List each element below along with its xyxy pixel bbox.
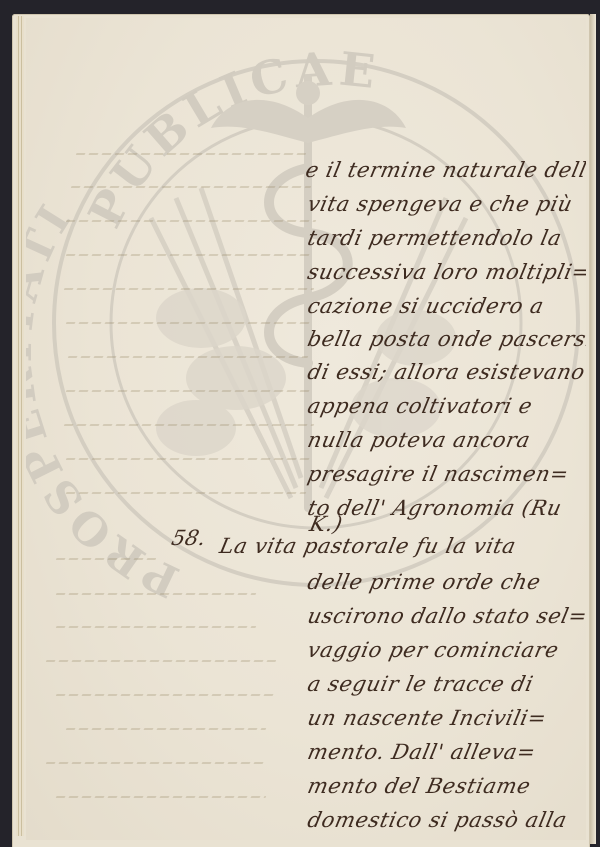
text-line: presagire il nascimen= <box>305 462 571 486</box>
text-line: to dell' Agronomia (Ru <box>305 496 564 520</box>
text-line: mento. Dall' alleva= <box>305 740 538 764</box>
text-line: e il termine naturale della <box>303 158 586 182</box>
manuscript-page: PUBLICAE PROSPERITATI <box>26 18 586 840</box>
text-line: K.) <box>307 512 344 536</box>
text-line: tardi permettendolo la <box>305 226 564 250</box>
text-line: vaggio per cominciare <box>305 638 561 662</box>
text-line: un nascente Incivili= <box>305 706 548 730</box>
text-line: delle prime orde che <box>305 570 543 594</box>
text-line: La vita pastorale fu la vita <box>217 534 518 558</box>
text-line: di essi; allora esistevano <box>305 360 586 384</box>
page-edges <box>16 16 24 836</box>
paragraph-number: 58. <box>169 526 208 550</box>
text-line: successiva loro moltipli= <box>305 260 586 284</box>
text-line: a seguir le tracce di <box>305 672 535 696</box>
text-line: cazione si uccidero a <box>305 294 546 318</box>
right-page-edge <box>590 14 596 844</box>
text-line: vita spengeva e che più <box>305 192 574 216</box>
text-line: appena coltivatori e <box>305 394 534 418</box>
text-line: uscirono dallo stato sel= <box>305 604 586 628</box>
text-line: nulla poteva ancora <box>305 428 532 452</box>
handwritten-text: e il termine naturale della vita spengev… <box>26 18 586 840</box>
text-line: bella posta onde pascersi <box>305 327 586 351</box>
text-line: mento del Bestiame <box>305 774 532 798</box>
text-line: domestico si passò alla <box>305 808 569 832</box>
